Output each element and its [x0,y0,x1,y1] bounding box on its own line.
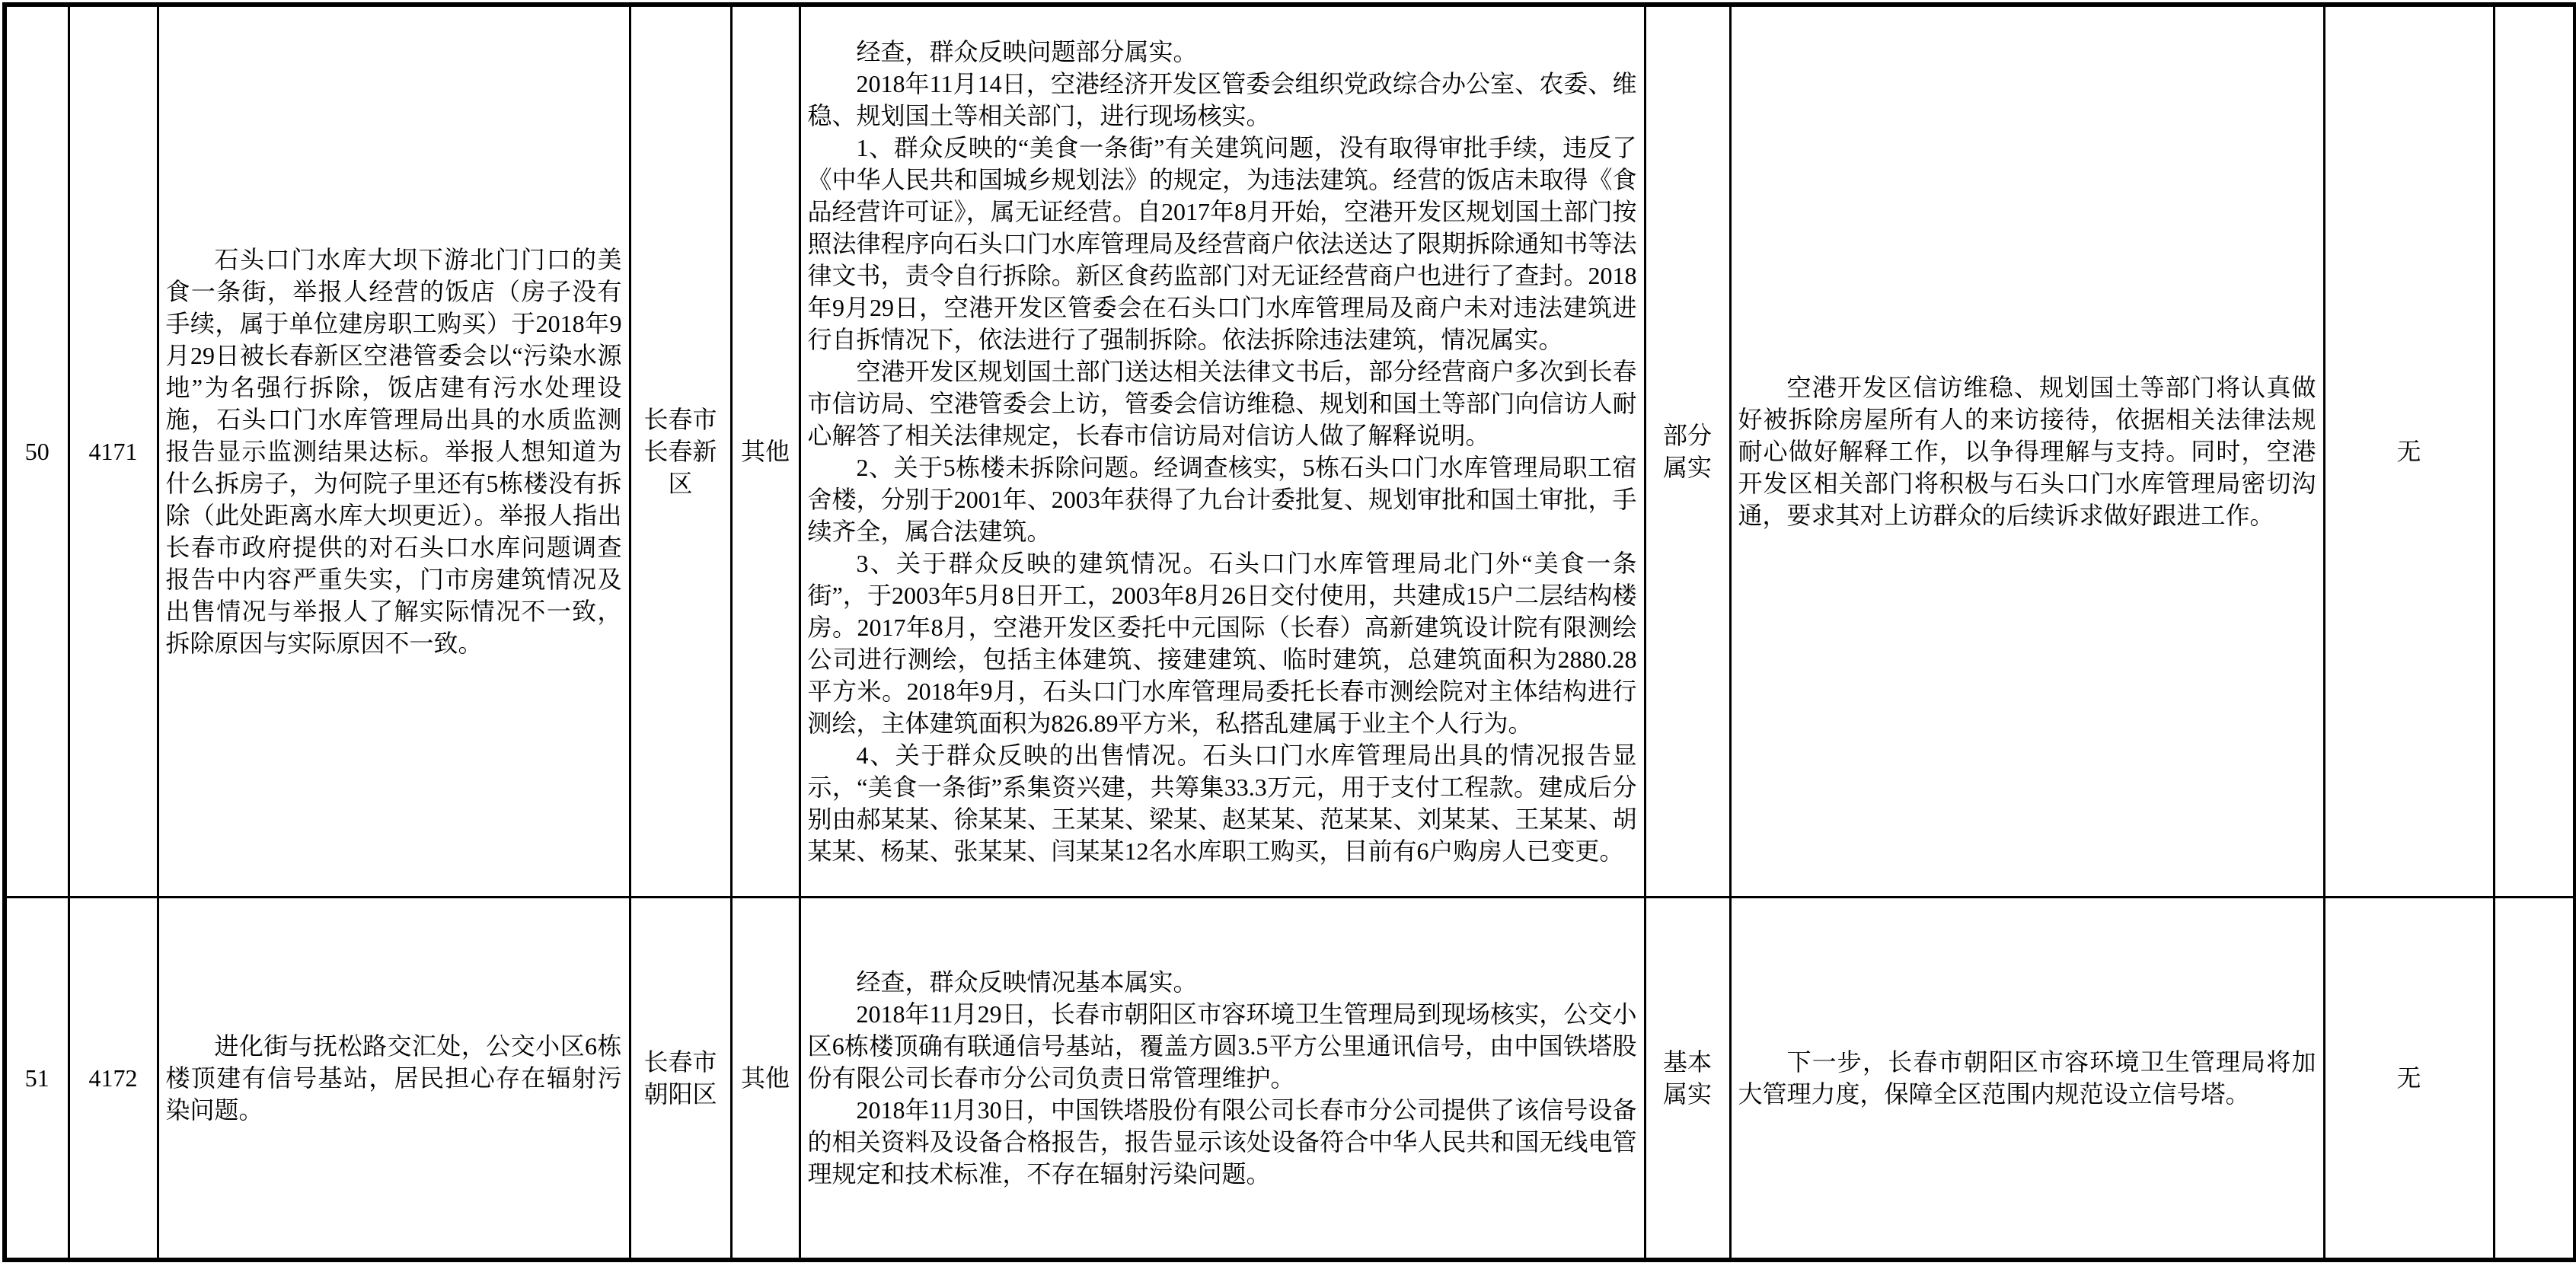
category-cell: 其他 [731,5,800,897]
investigation-paragraph: 2018年11月29日，长春市朝阳区市容环境卫生管理局到现场核实，公交小区6栋楼… [808,998,1637,1094]
action-text: 下一步，长春市朝阳区市容环境卫生管理局将加大管理力度，保障全区范围内规范设立信号… [1738,1046,2316,1110]
document-sheet: 50 4171 石头口门水库大坝下游北门门口的美食一条街，举报人经营的饭店（房子… [0,0,2576,1266]
remark-cell: 无 [2324,5,2494,897]
petition-handling-table: 50 4171 石头口门水库大坝下游北门门口的美食一条街，举报人经营的饭店（房子… [2,2,2576,1262]
verification-status-cell: 部分属实 [1645,5,1730,897]
category-cell: 其他 [731,897,800,1260]
investigation-paragraph: 经查，群众反映情况基本属实。 [808,966,1637,998]
remark-cell: 无 [2324,897,2494,1260]
action-cell: 下一步，长春市朝阳区市容环境卫生管理局将加大管理力度，保障全区范围内规范设立信号… [1730,897,2324,1260]
investigation-cell: 经查，群众反映问题部分属实。2018年11月14日，空港经济开发区管委会组织党政… [800,5,1645,897]
row-index-cell: 50 [5,5,69,897]
complaint-cell: 石头口门水库大坝下游北门门口的美食一条街，举报人经营的饭店（房子没有手续，属于单… [158,5,630,897]
complaint-text: 进化街与抚松路交汇处，公交小区6栋楼顶建有信号基站，居民担心存在辐射污染问题。 [166,1030,622,1126]
investigation-paragraph: 3、关于群众反映的建筑情况。石头口门水库管理局北门外“美食一条街”，于2003年… [808,547,1637,739]
extra-cell [2494,5,2575,897]
complaint-cell: 进化街与抚松路交汇处，公交小区6栋楼顶建有信号基站，居民担心存在辐射污染问题。 [158,897,630,1260]
table-row: 50 4171 石头口门水库大坝下游北门门口的美食一条街，举报人经营的饭店（房子… [5,5,2575,897]
row-index-cell: 51 [5,897,69,1260]
case-number-cell: 4171 [69,5,158,897]
location-cell: 长春市长春新区 [630,5,731,897]
case-number-cell: 4172 [69,897,158,1260]
investigation-paragraph: 经查，群众反映问题部分属实。 [808,36,1637,68]
complaint-text: 石头口门水库大坝下游北门门口的美食一条街，举报人经营的饭店（房子没有手续，属于单… [166,244,622,659]
investigation-paragraph: 2018年11月30日，中国铁塔股份有限公司长春市分公司提供了该信号设备的相关资… [808,1094,1637,1190]
action-text: 空港开发区信访维稳、规划国土等部门将认真做好被拆除房屋所有人的来访接待，依据相关… [1738,372,2316,531]
table-row: 51 4172 进化街与抚松路交汇处，公交小区6栋楼顶建有信号基站，居民担心存在… [5,897,2575,1260]
investigation-paragraph: 2、关于5栋楼未拆除问题。经调查核实，5栋石头口门水库管理局职工宿舍楼，分别于2… [808,451,1637,547]
investigation-paragraph: 2018年11月14日，空港经济开发区管委会组织党政综合办公室、农委、维稳、规划… [808,68,1637,132]
location-cell: 长春市朝阳区 [630,897,731,1260]
verification-status-cell: 基本属实 [1645,897,1730,1260]
investigation-cell: 经查，群众反映情况基本属实。2018年11月29日，长春市朝阳区市容环境卫生管理… [800,897,1645,1260]
investigation-paragraph: 空港开发区规划国土部门送达相关法律文书后，部分经营商户多次到长春市信访局、空港管… [808,356,1637,451]
extra-cell [2494,897,2575,1260]
action-cell: 空港开发区信访维稳、规划国土等部门将认真做好被拆除房屋所有人的来访接待，依据相关… [1730,5,2324,897]
investigation-paragraph: 1、群众反映的“美食一条街”有关建筑问题，没有取得审批手续，违反了《中华人民共和… [808,132,1637,356]
investigation-paragraph: 4、关于群众反映的出售情况。石头口门水库管理局出具的情况报告显示，“美食一条街”… [808,739,1637,867]
